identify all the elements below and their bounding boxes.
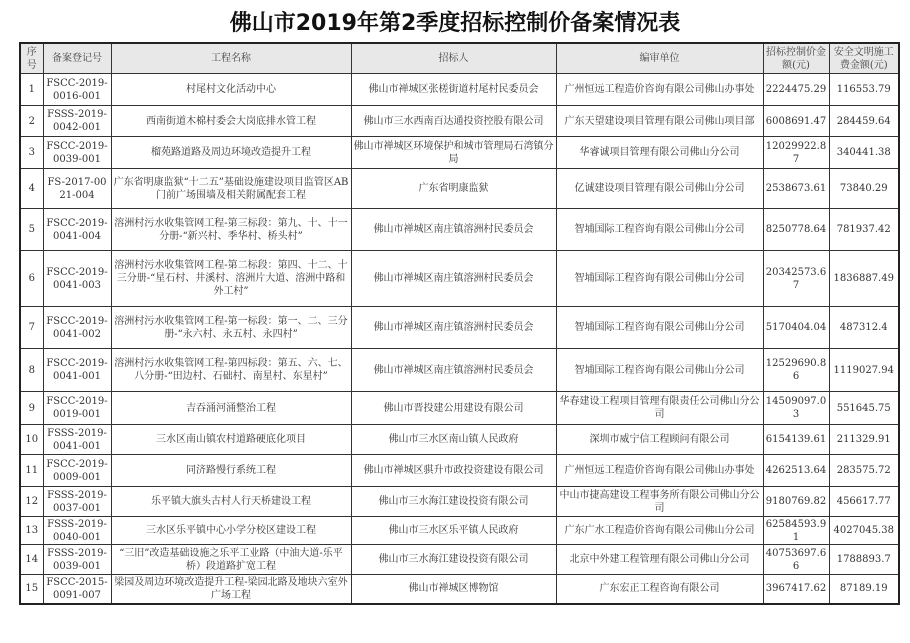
cell-control-price: 12529690.86 bbox=[763, 349, 829, 392]
cell-tenderer: 佛山市晋投建公用建设有限公司 bbox=[351, 392, 556, 425]
table-header-row: 序号 备案登记号 工程名称 招标人 编审单位 招标控制价金额(元) 安全文明施工… bbox=[20, 43, 899, 74]
cell-tenderer: 佛山市三水区乐平镇人民政府 bbox=[351, 517, 556, 545]
cell-tenderer: 佛山市禅城区南庄镇溶洲村民委员会 bbox=[351, 349, 556, 392]
cell-code: FSSS-2019-0039-001 bbox=[43, 545, 111, 575]
cell-seq: 10 bbox=[20, 425, 43, 455]
cell-tenderer: 佛山市禅城区南庄镇溶洲村民委员会 bbox=[351, 251, 556, 307]
header-project: 工程名称 bbox=[111, 43, 351, 74]
cell-seq: 3 bbox=[20, 137, 43, 169]
cell-project: “三旧”改造基础设施之乐平工业路（中油大道-乐平桥）段道路扩宽工程 bbox=[111, 545, 351, 575]
table-row: 11 FSCC-2019-0009-001 同济路慢行系统工程 佛山市禅城区骐升… bbox=[20, 455, 899, 487]
bid-control-price-table: 序号 备案登记号 工程名称 招标人 编审单位 招标控制价金额(元) 安全文明施工… bbox=[19, 42, 900, 605]
cell-code: FSCC-2015-0091-007 bbox=[43, 575, 111, 604]
cell-control-price: 8250778.64 bbox=[763, 209, 829, 251]
cell-compiler: 智埔国际工程咨询有限公司佛山分公司 bbox=[556, 349, 763, 392]
table-row: 2 FSSS-2019-0042-001 西南街道木棉村委会大岗底排水管工程 佛… bbox=[20, 106, 899, 137]
header-compiler: 编审单位 bbox=[556, 43, 763, 74]
document-title: 佛山市2019年第2季度招标控制价备案情况表 bbox=[0, 10, 910, 38]
cell-seq: 7 bbox=[20, 307, 43, 349]
cell-code: FSCC-2019-0041-004 bbox=[43, 209, 111, 251]
cell-code: FSCC-2019-0039-001 bbox=[43, 137, 111, 169]
cell-compiler: 中山市捷高建设工程事务所有限公司佛山分公司 bbox=[556, 487, 763, 517]
cell-compiler: 智埔国际工程咨询有限公司佛山分公司 bbox=[556, 251, 763, 307]
cell-compiler: 深圳市威宁信工程顾问有限公司 bbox=[556, 425, 763, 455]
cell-project: 溶洲村污水收集管网工程-第三标段：第九、十、十一分册-“新兴村、季华村、桥头村” bbox=[111, 209, 351, 251]
cell-control-price: 6154139.61 bbox=[763, 425, 829, 455]
cell-tenderer: 佛山市三水区南山镇人民政府 bbox=[351, 425, 556, 455]
cell-project: 溶洲村污水收集管网工程-第二标段：第四、十二、十三分册-“星石村、井溪村、溶洲片… bbox=[111, 251, 351, 307]
cell-safety-fee: 4027045.38 bbox=[829, 517, 899, 545]
cell-control-price: 4262513.64 bbox=[763, 455, 829, 487]
cell-safety-fee: 73840.29 bbox=[829, 169, 899, 209]
cell-code: FSCC-2019-0041-001 bbox=[43, 349, 111, 392]
cell-control-price: 40753697.66 bbox=[763, 545, 829, 575]
cell-tenderer: 佛山市禅城区环境保护和城市管理局石湾镇分局 bbox=[351, 137, 556, 169]
cell-compiler: 华春建设工程项目管理有限责任公司佛山分公司 bbox=[556, 392, 763, 425]
cell-compiler: 广东宏正工程咨询有限公司 bbox=[556, 575, 763, 604]
cell-safety-fee: 1119027.94 bbox=[829, 349, 899, 392]
cell-control-price: 12029922.87 bbox=[763, 137, 829, 169]
cell-compiler: 广东天望建设项目管理有限公司佛山项目部 bbox=[556, 106, 763, 137]
cell-compiler: 广州恒远工程造价咨询有限公司佛山办事处 bbox=[556, 455, 763, 487]
cell-control-price: 9180769.82 bbox=[763, 487, 829, 517]
cell-safety-fee: 551645.75 bbox=[829, 392, 899, 425]
cell-seq: 9 bbox=[20, 392, 43, 425]
cell-tenderer: 佛山市三水海江建设投资有限公司 bbox=[351, 487, 556, 517]
cell-control-price: 2224475.29 bbox=[763, 74, 829, 106]
cell-seq: 8 bbox=[20, 349, 43, 392]
cell-control-price: 20342573.67 bbox=[763, 251, 829, 307]
table-row: 5 FSCC-2019-0041-004 溶洲村污水收集管网工程-第三标段：第九… bbox=[20, 209, 899, 251]
cell-project: 溶洲村污水收集管网工程-第四标段：第五、六、七、八分册-“田边村、石础村、南星村… bbox=[111, 349, 351, 392]
cell-safety-fee: 1836887.49 bbox=[829, 251, 899, 307]
cell-compiler: 北京中外建工程管理有限公司佛山分公司 bbox=[556, 545, 763, 575]
cell-control-price: 62584593.91 bbox=[763, 517, 829, 545]
cell-project: 村尾村文化活动中心 bbox=[111, 74, 351, 106]
cell-tenderer: 佛山市禅城区南庄镇溶洲村民委员会 bbox=[351, 307, 556, 349]
header-seq: 序号 bbox=[20, 43, 43, 74]
cell-seq: 12 bbox=[20, 487, 43, 517]
cell-code: FSSS-2019-0037-001 bbox=[43, 487, 111, 517]
cell-control-price: 3967417.62 bbox=[763, 575, 829, 604]
table-row: 13 FSSS-2019-0040-001 三水区乐平镇中心小学分校区建设工程 … bbox=[20, 517, 899, 545]
cell-compiler: 广东广水工程造价咨询有限公司佛山分公司 bbox=[556, 517, 763, 545]
table-row: 8 FSCC-2019-0041-001 溶洲村污水收集管网工程-第四标段：第五… bbox=[20, 349, 899, 392]
cell-tenderer: 佛山市三水海江建设投资有限公司 bbox=[351, 545, 556, 575]
table-row: 10 FSSS-2019-0041-001 三水区南山镇农村道路硬底化项目 佛山… bbox=[20, 425, 899, 455]
cell-project: 西南街道木棉村委会大岗底排水管工程 bbox=[111, 106, 351, 137]
cell-project: 同济路慢行系统工程 bbox=[111, 455, 351, 487]
cell-tenderer: 佛山市禅城区南庄镇溶洲村民委员会 bbox=[351, 209, 556, 251]
cell-seq: 1 bbox=[20, 74, 43, 106]
cell-code: FSCC-2019-0019-001 bbox=[43, 392, 111, 425]
header-tenderer: 招标人 bbox=[351, 43, 556, 74]
cell-control-price: 14509097.03 bbox=[763, 392, 829, 425]
table-row: 9 FSCC-2019-0019-001 吉吞涌河涌整治工程 佛山市晋投建公用建… bbox=[20, 392, 899, 425]
cell-safety-fee: 211329.91 bbox=[829, 425, 899, 455]
header-safety-fee: 安全文明施工费金额(元) bbox=[829, 43, 899, 74]
cell-compiler: 智埔国际工程咨询有限公司佛山分公司 bbox=[556, 307, 763, 349]
header-control-price: 招标控制价金额(元) bbox=[763, 43, 829, 74]
cell-project: 梁园及周边环境改造提升工程-梁园北路及地块六室外广场工程 bbox=[111, 575, 351, 604]
cell-safety-fee: 340441.38 bbox=[829, 137, 899, 169]
cell-code: FSSS-2019-0040-001 bbox=[43, 517, 111, 545]
cell-compiler: 广州恒远工程造价咨询有限公司佛山办事处 bbox=[556, 74, 763, 106]
cell-safety-fee: 284459.64 bbox=[829, 106, 899, 137]
cell-project: 三水区南山镇农村道路硬底化项目 bbox=[111, 425, 351, 455]
cell-tenderer: 佛山市三水西南百达通投资控股有限公司 bbox=[351, 106, 556, 137]
cell-safety-fee: 116553.79 bbox=[829, 74, 899, 106]
cell-safety-fee: 87189.19 bbox=[829, 575, 899, 604]
table-row: 7 FSCC-2019-0041-002 溶洲村污水收集管网工程-第一标段：第一… bbox=[20, 307, 899, 349]
cell-tenderer: 佛山市禅城区张槎街道村尾村民委员会 bbox=[351, 74, 556, 106]
header-code: 备案登记号 bbox=[43, 43, 111, 74]
cell-compiler: 华睿诚项目管理有限公司佛山分公司 bbox=[556, 137, 763, 169]
table-row: 1 FSCC-2019-0016-001 村尾村文化活动中心 佛山市禅城区张槎街… bbox=[20, 74, 899, 106]
cell-seq: 13 bbox=[20, 517, 43, 545]
cell-tenderer: 佛山市禅城区骐升市政投资建设有限公司 bbox=[351, 455, 556, 487]
cell-project: 广东省明康监狱“十二五”基础设施建设项目监管区AB门前广场围墙及相关附属配套工程 bbox=[111, 169, 351, 209]
table-row: 6 FSCC-2019-0041-003 溶洲村污水收集管网工程-第二标段：第四… bbox=[20, 251, 899, 307]
cell-project: 吉吞涌河涌整治工程 bbox=[111, 392, 351, 425]
table-row: 12 FSSS-2019-0037-001 乐平镇大旗头古村人行天桥建设工程 佛… bbox=[20, 487, 899, 517]
cell-compiler: 智埔国际工程咨询有限公司佛山分公司 bbox=[556, 209, 763, 251]
table-row: 4 FS-2017-0021-004 广东省明康监狱“十二五”基础设施建设项目监… bbox=[20, 169, 899, 209]
table-row: 15 FSCC-2015-0091-007 梁园及周边环境改造提升工程-梁园北路… bbox=[20, 575, 899, 604]
cell-compiler: 亿诚建设项目管理有限公司佛山分公司 bbox=[556, 169, 763, 209]
cell-safety-fee: 487312.4 bbox=[829, 307, 899, 349]
cell-control-price: 5170404.04 bbox=[763, 307, 829, 349]
cell-code: FSCC-2019-0016-001 bbox=[43, 74, 111, 106]
cell-project: 三水区乐平镇中心小学分校区建设工程 bbox=[111, 517, 351, 545]
cell-code: FSCC-2019-0041-003 bbox=[43, 251, 111, 307]
cell-safety-fee: 283575.72 bbox=[829, 455, 899, 487]
cell-control-price: 2538673.61 bbox=[763, 169, 829, 209]
cell-control-price: 6008691.47 bbox=[763, 106, 829, 137]
cell-seq: 11 bbox=[20, 455, 43, 487]
cell-seq: 6 bbox=[20, 251, 43, 307]
cell-project: 乐平镇大旗头古村人行天桥建设工程 bbox=[111, 487, 351, 517]
cell-project: 溶洲村污水收集管网工程-第一标段：第一、二、三分册-“永六村、永五村、永四村” bbox=[111, 307, 351, 349]
cell-seq: 4 bbox=[20, 169, 43, 209]
cell-safety-fee: 456617.77 bbox=[829, 487, 899, 517]
table-row: 3 FSCC-2019-0039-001 榴苑路道路及周边环境改造提升工程 佛山… bbox=[20, 137, 899, 169]
cell-seq: 14 bbox=[20, 545, 43, 575]
cell-seq: 2 bbox=[20, 106, 43, 137]
table-row: 14 FSSS-2019-0039-001 “三旧”改造基础设施之乐平工业路（中… bbox=[20, 545, 899, 575]
cell-seq: 5 bbox=[20, 209, 43, 251]
cell-tenderer: 广东省明康监狱 bbox=[351, 169, 556, 209]
cell-code: FSSS-2019-0042-001 bbox=[43, 106, 111, 137]
cell-project: 榴苑路道路及周边环境改造提升工程 bbox=[111, 137, 351, 169]
cell-seq: 15 bbox=[20, 575, 43, 604]
cell-tenderer: 佛山市禅城区博物馆 bbox=[351, 575, 556, 604]
cell-code: FS-2017-0021-004 bbox=[43, 169, 111, 209]
cell-code: FSCC-2019-0041-002 bbox=[43, 307, 111, 349]
cell-safety-fee: 781937.42 bbox=[829, 209, 899, 251]
cell-safety-fee: 1788893.7 bbox=[829, 545, 899, 575]
cell-code: FSSS-2019-0041-001 bbox=[43, 425, 111, 455]
cell-code: FSCC-2019-0009-001 bbox=[43, 455, 111, 487]
